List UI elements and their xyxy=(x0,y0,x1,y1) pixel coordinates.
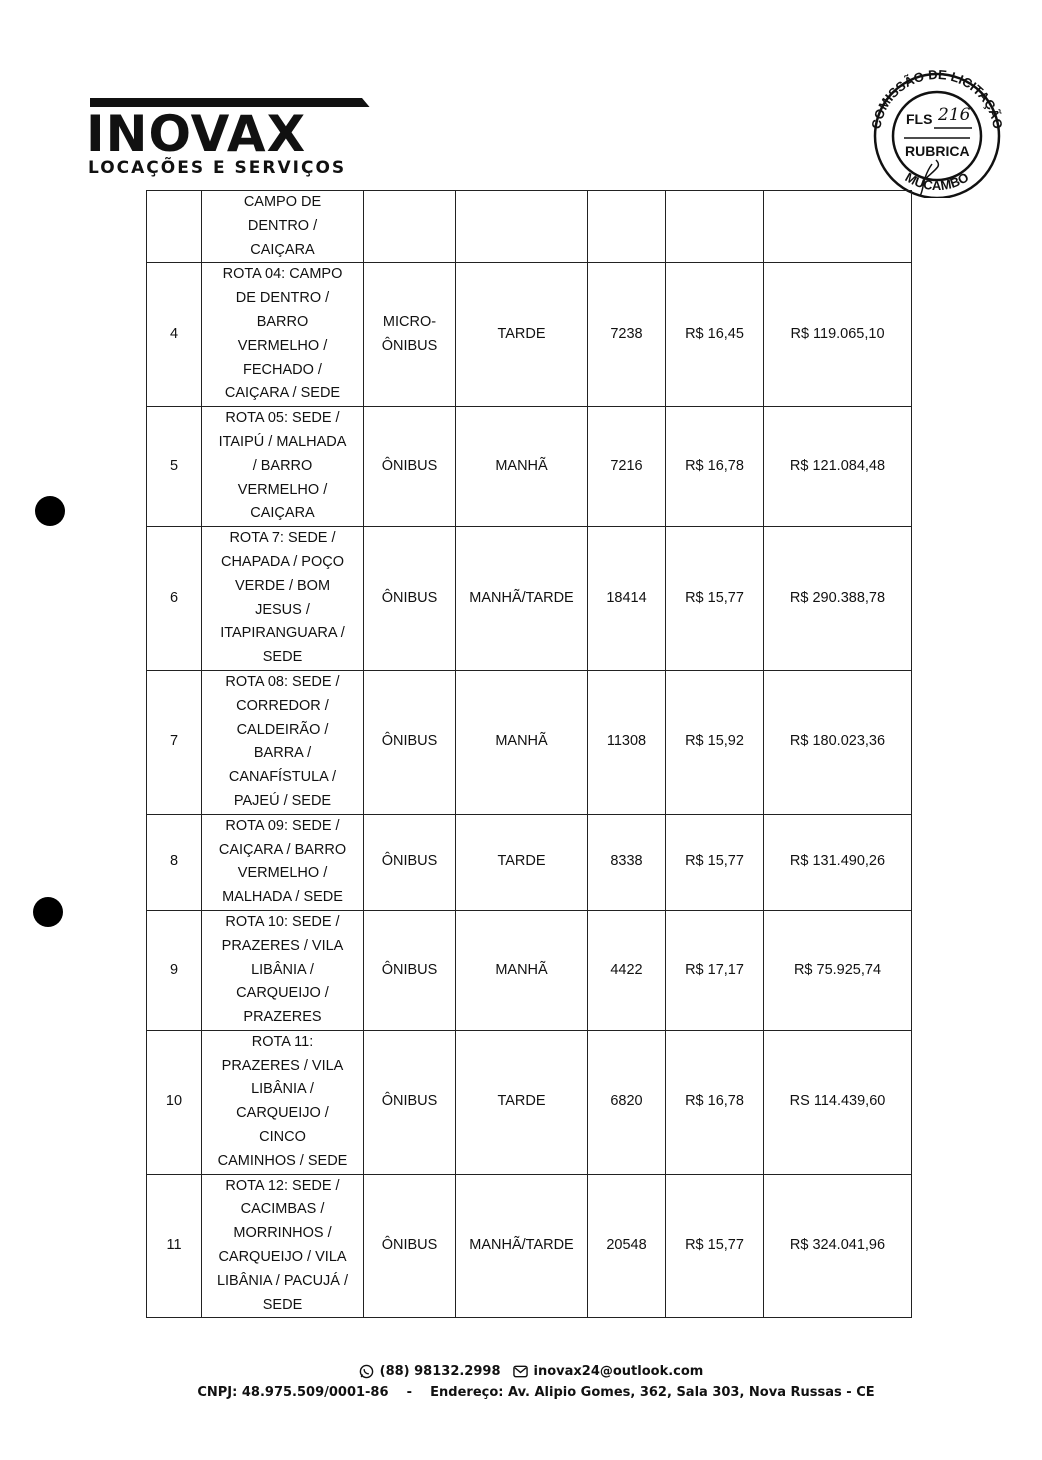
cell-km-text: 7216 xyxy=(592,455,661,479)
punch-hole xyxy=(35,496,65,526)
cell-route-text: CAMPO DE DENTRO / CAIÇARA xyxy=(206,191,359,262)
cell-route-text: ROTA 7: SEDE / CHAPADA / POÇO VERDE / BO… xyxy=(206,527,359,670)
cell-total: R$ 131.490,26 xyxy=(764,814,912,910)
cell-route: ROTA 10: SEDE / PRAZERES / VILA LIBÂNIA … xyxy=(202,910,364,1030)
cell-unit-price: R$ 17,17 xyxy=(666,910,764,1030)
footer-phone: (88) 98132.2998 xyxy=(380,1364,501,1379)
cell-shift-text: MANHÃ/TARDE xyxy=(460,587,583,611)
cell-unit-price-text: R$ 15,77 xyxy=(670,850,759,874)
table-row: 11ROTA 12: SEDE / CACIMBAS / MORRINHOS /… xyxy=(147,1174,912,1318)
cell-vehicle-text: ÔNIBUS xyxy=(368,455,451,479)
cell-unit-price: R$ 16,45 xyxy=(666,263,764,407)
cell-shift-text: TARDE xyxy=(460,850,583,874)
cell-unit-price: R$ 15,92 xyxy=(666,670,764,814)
cell-item: 5 xyxy=(147,407,202,527)
cell-item-text: 5 xyxy=(151,455,197,479)
cell-total: RS 114.439,60 xyxy=(764,1030,912,1174)
cell-km: 6820 xyxy=(588,1030,666,1174)
table-row: 7ROTA 08: SEDE / CORREDOR / CALDEIRÃO / … xyxy=(147,670,912,814)
cell-shift: TARDE xyxy=(456,1030,588,1174)
cell-km: 8338 xyxy=(588,814,666,910)
cell-item: 11 xyxy=(147,1174,202,1318)
cell-vehicle-text: MICRO- ÔNIBUS xyxy=(368,311,451,359)
cell-total: R$ 180.023,36 xyxy=(764,670,912,814)
cell-route: ROTA 08: SEDE / CORREDOR / CALDEIRÃO / B… xyxy=(202,670,364,814)
cell-km xyxy=(588,191,666,263)
cell-km: 4422 xyxy=(588,910,666,1030)
cell-route-text: ROTA 05: SEDE / ITAIPÚ / MALHADA / BARRO… xyxy=(206,407,359,526)
cell-item-text: 4 xyxy=(151,323,197,347)
commission-stamp: COMISSÃO DE LICITAÇÃO MUCAMBO FLS 216 RU… xyxy=(862,68,1012,198)
cell-route-text: ROTA 08: SEDE / CORREDOR / CALDEIRÃO / B… xyxy=(206,671,359,814)
cell-vehicle: ÔNIBUS xyxy=(364,527,456,671)
cell-vehicle: ÔNIBUS xyxy=(364,670,456,814)
cell-route: CAMPO DE DENTRO / CAIÇARA xyxy=(202,191,364,263)
table-row: 6ROTA 7: SEDE / CHAPADA / POÇO VERDE / B… xyxy=(147,527,912,671)
cell-total-text: R$ 121.084,48 xyxy=(768,455,907,479)
cell-route: ROTA 09: SEDE / CAIÇARA / BARRO VERMELHO… xyxy=(202,814,364,910)
cell-total-text: R$ 75.925,74 xyxy=(768,959,907,983)
cell-item: 7 xyxy=(147,670,202,814)
cell-km-text: 11308 xyxy=(592,730,661,754)
cell-item-text: 9 xyxy=(151,959,197,983)
routes-table: CAMPO DE DENTRO / CAIÇARA4ROTA 04: CAMPO… xyxy=(146,190,912,1318)
cell-unit-price: R$ 15,77 xyxy=(666,1174,764,1318)
table-row: 4ROTA 04: CAMPO DE DENTRO / BARRO VERMEL… xyxy=(147,263,912,407)
cell-km: 18414 xyxy=(588,527,666,671)
cell-unit-price-text: R$ 15,77 xyxy=(670,587,759,611)
cell-item xyxy=(147,191,202,263)
cell-km-text: 18414 xyxy=(592,587,661,611)
logo-name: INOVAX xyxy=(86,106,306,162)
cell-shift-text: MANHÃ/TARDE xyxy=(460,1234,583,1258)
cell-shift-text: TARDE xyxy=(460,1090,583,1114)
cell-item: 6 xyxy=(147,527,202,671)
cell-vehicle: MICRO- ÔNIBUS xyxy=(364,263,456,407)
cell-km-text: 7238 xyxy=(592,323,661,347)
cell-total-text: R$ 119.065,10 xyxy=(768,323,907,347)
cell-vehicle-text: ÔNIBUS xyxy=(368,730,451,754)
cell-vehicle-text: ÔNIBUS xyxy=(368,1234,451,1258)
cell-shift: MANHÃ xyxy=(456,407,588,527)
footer-address: Endereço: Av. Alipio Gomes, 362, Sala 30… xyxy=(430,1385,874,1400)
logo-roof-diagonal xyxy=(318,98,370,107)
cell-unit-price: R$ 15,77 xyxy=(666,527,764,671)
cell-shift: MANHÃ/TARDE xyxy=(456,527,588,671)
cell-unit-price-text: R$ 16,78 xyxy=(670,1090,759,1114)
stamp-seal-icon: COMISSÃO DE LICITAÇÃO MUCAMBO FLS 216 RU… xyxy=(862,68,1012,198)
cell-item-text: 8 xyxy=(151,850,197,874)
cell-shift-text: MANHÃ xyxy=(460,959,583,983)
cell-vehicle: ÔNIBUS xyxy=(364,814,456,910)
stamp-fls-handwritten: 216 xyxy=(937,105,971,125)
cell-route: ROTA 12: SEDE / CACIMBAS / MORRINHOS / C… xyxy=(202,1174,364,1318)
cell-unit-price: R$ 15,77 xyxy=(666,814,764,910)
punch-hole xyxy=(33,897,63,927)
cell-total xyxy=(764,191,912,263)
cell-km-text: 4422 xyxy=(592,959,661,983)
cell-unit-price: R$ 16,78 xyxy=(666,407,764,527)
cell-route-text: ROTA 12: SEDE / CACIMBAS / MORRINHOS / C… xyxy=(206,1175,359,1318)
cell-total-text: R$ 180.023,36 xyxy=(768,730,907,754)
cell-item-text: 11 xyxy=(151,1234,197,1258)
cell-vehicle: ÔNIBUS xyxy=(364,1030,456,1174)
footer-company-info: CNPJ: 48.975.509/0001-86 - Endereço: Av.… xyxy=(30,1385,1042,1400)
cell-total: R$ 121.084,48 xyxy=(764,407,912,527)
cell-shift-text: TARDE xyxy=(460,323,583,347)
cell-total-text: R$ 290.388,78 xyxy=(768,587,907,611)
cell-total: R$ 119.065,10 xyxy=(764,263,912,407)
cell-vehicle: ÔNIBUS xyxy=(364,407,456,527)
cell-total-text: RS 114.439,60 xyxy=(768,1090,907,1114)
cell-km: 7216 xyxy=(588,407,666,527)
table-row: 10ROTA 11: PRAZERES / VILA LIBÂNIA / CAR… xyxy=(147,1030,912,1174)
cell-shift: MANHÃ xyxy=(456,670,588,814)
cell-km-text: 20548 xyxy=(592,1234,661,1258)
cell-route-text: ROTA 09: SEDE / CAIÇARA / BARRO VERMELHO… xyxy=(206,815,359,910)
cell-item-text: 10 xyxy=(151,1090,197,1114)
cell-unit-price: R$ 16,78 xyxy=(666,1030,764,1174)
page-footer: (88) 98132.2998 inovax24@outlook.com CNP… xyxy=(0,1364,1042,1400)
cell-unit-price-text: R$ 15,77 xyxy=(670,1234,759,1258)
cell-shift-text: MANHÃ xyxy=(460,455,583,479)
cell-item: 10 xyxy=(147,1030,202,1174)
cell-shift: TARDE xyxy=(456,814,588,910)
cell-item-text: 7 xyxy=(151,730,197,754)
footer-separator: - xyxy=(407,1385,412,1400)
table-row: 5ROTA 05: SEDE / ITAIPÚ / MALHADA / BARR… xyxy=(147,407,912,527)
cell-unit-price xyxy=(666,191,764,263)
stamp-fls-label: FLS xyxy=(906,111,932,127)
logo-tagline: LOCAÇÕES E SERVIÇOS xyxy=(88,158,346,178)
stamp-ring-top: COMISSÃO DE LICITAÇÃO xyxy=(868,68,1005,130)
cell-km-text: 8338 xyxy=(592,850,661,874)
cell-vehicle xyxy=(364,191,456,263)
routes-table-body: CAMPO DE DENTRO / CAIÇARA4ROTA 04: CAMPO… xyxy=(147,191,912,1318)
cell-vehicle-text: ÔNIBUS xyxy=(368,959,451,983)
whatsapp-icon xyxy=(359,1364,374,1379)
table-row: 8ROTA 09: SEDE / CAIÇARA / BARRO VERMELH… xyxy=(147,814,912,910)
cell-total: R$ 75.925,74 xyxy=(764,910,912,1030)
cell-vehicle-text: ÔNIBUS xyxy=(368,587,451,611)
cell-route: ROTA 7: SEDE / CHAPADA / POÇO VERDE / BO… xyxy=(202,527,364,671)
cell-shift: MANHÃ xyxy=(456,910,588,1030)
cell-total: R$ 290.388,78 xyxy=(764,527,912,671)
cell-total-text: R$ 324.041,96 xyxy=(768,1234,907,1258)
cell-km: 7238 xyxy=(588,263,666,407)
svg-text:COMISSÃO DE LICITAÇÃO: COMISSÃO DE LICITAÇÃO xyxy=(868,68,1005,130)
cell-shift-text: MANHÃ xyxy=(460,730,583,754)
cell-item: 8 xyxy=(147,814,202,910)
stamp-rubrica-label: RUBRICA xyxy=(905,143,970,159)
cell-route: ROTA 04: CAMPO DE DENTRO / BARRO VERMELH… xyxy=(202,263,364,407)
cell-route: ROTA 11: PRAZERES / VILA LIBÂNIA / CARQU… xyxy=(202,1030,364,1174)
cell-vehicle: ÔNIBUS xyxy=(364,1174,456,1318)
cell-item: 9 xyxy=(147,910,202,1030)
footer-email: inovax24@outlook.com xyxy=(534,1364,704,1379)
footer-cnpj: CNPJ: 48.975.509/0001-86 xyxy=(197,1385,388,1400)
table-row: 9ROTA 10: SEDE / PRAZERES / VILA LIBÂNIA… xyxy=(147,910,912,1030)
cell-shift: TARDE xyxy=(456,263,588,407)
cell-vehicle-text: ÔNIBUS xyxy=(368,850,451,874)
stamp-ring-bottom: MUCAMBO xyxy=(903,169,972,193)
cell-route-text: ROTA 04: CAMPO DE DENTRO / BARRO VERMELH… xyxy=(206,263,359,406)
svg-text:MUCAMBO: MUCAMBO xyxy=(903,169,972,193)
email-icon xyxy=(513,1364,528,1379)
cell-unit-price-text: R$ 16,78 xyxy=(670,455,759,479)
cell-km: 20548 xyxy=(588,1174,666,1318)
cell-shift: MANHÃ/TARDE xyxy=(456,1174,588,1318)
cell-shift xyxy=(456,191,588,263)
cell-total: R$ 324.041,96 xyxy=(764,1174,912,1318)
cell-route-text: ROTA 10: SEDE / PRAZERES / VILA LIBÂNIA … xyxy=(206,911,359,1030)
table-row: CAMPO DE DENTRO / CAIÇARA xyxy=(147,191,912,263)
cell-item: 4 xyxy=(147,263,202,407)
cell-unit-price-text: R$ 16,45 xyxy=(670,323,759,347)
cell-route: ROTA 05: SEDE / ITAIPÚ / MALHADA / BARRO… xyxy=(202,407,364,527)
cell-km-text: 6820 xyxy=(592,1090,661,1114)
cell-vehicle: ÔNIBUS xyxy=(364,910,456,1030)
cell-km: 11308 xyxy=(588,670,666,814)
footer-contacts: (88) 98132.2998 inovax24@outlook.com xyxy=(20,1364,1042,1379)
cell-unit-price-text: R$ 15,92 xyxy=(670,730,759,754)
cell-item-text: 6 xyxy=(151,587,197,611)
cell-route-text: ROTA 11: PRAZERES / VILA LIBÂNIA / CARQU… xyxy=(206,1031,359,1174)
cell-total-text: R$ 131.490,26 xyxy=(768,850,907,874)
cell-vehicle-text: ÔNIBUS xyxy=(368,1090,451,1114)
cell-unit-price-text: R$ 17,17 xyxy=(670,959,759,983)
